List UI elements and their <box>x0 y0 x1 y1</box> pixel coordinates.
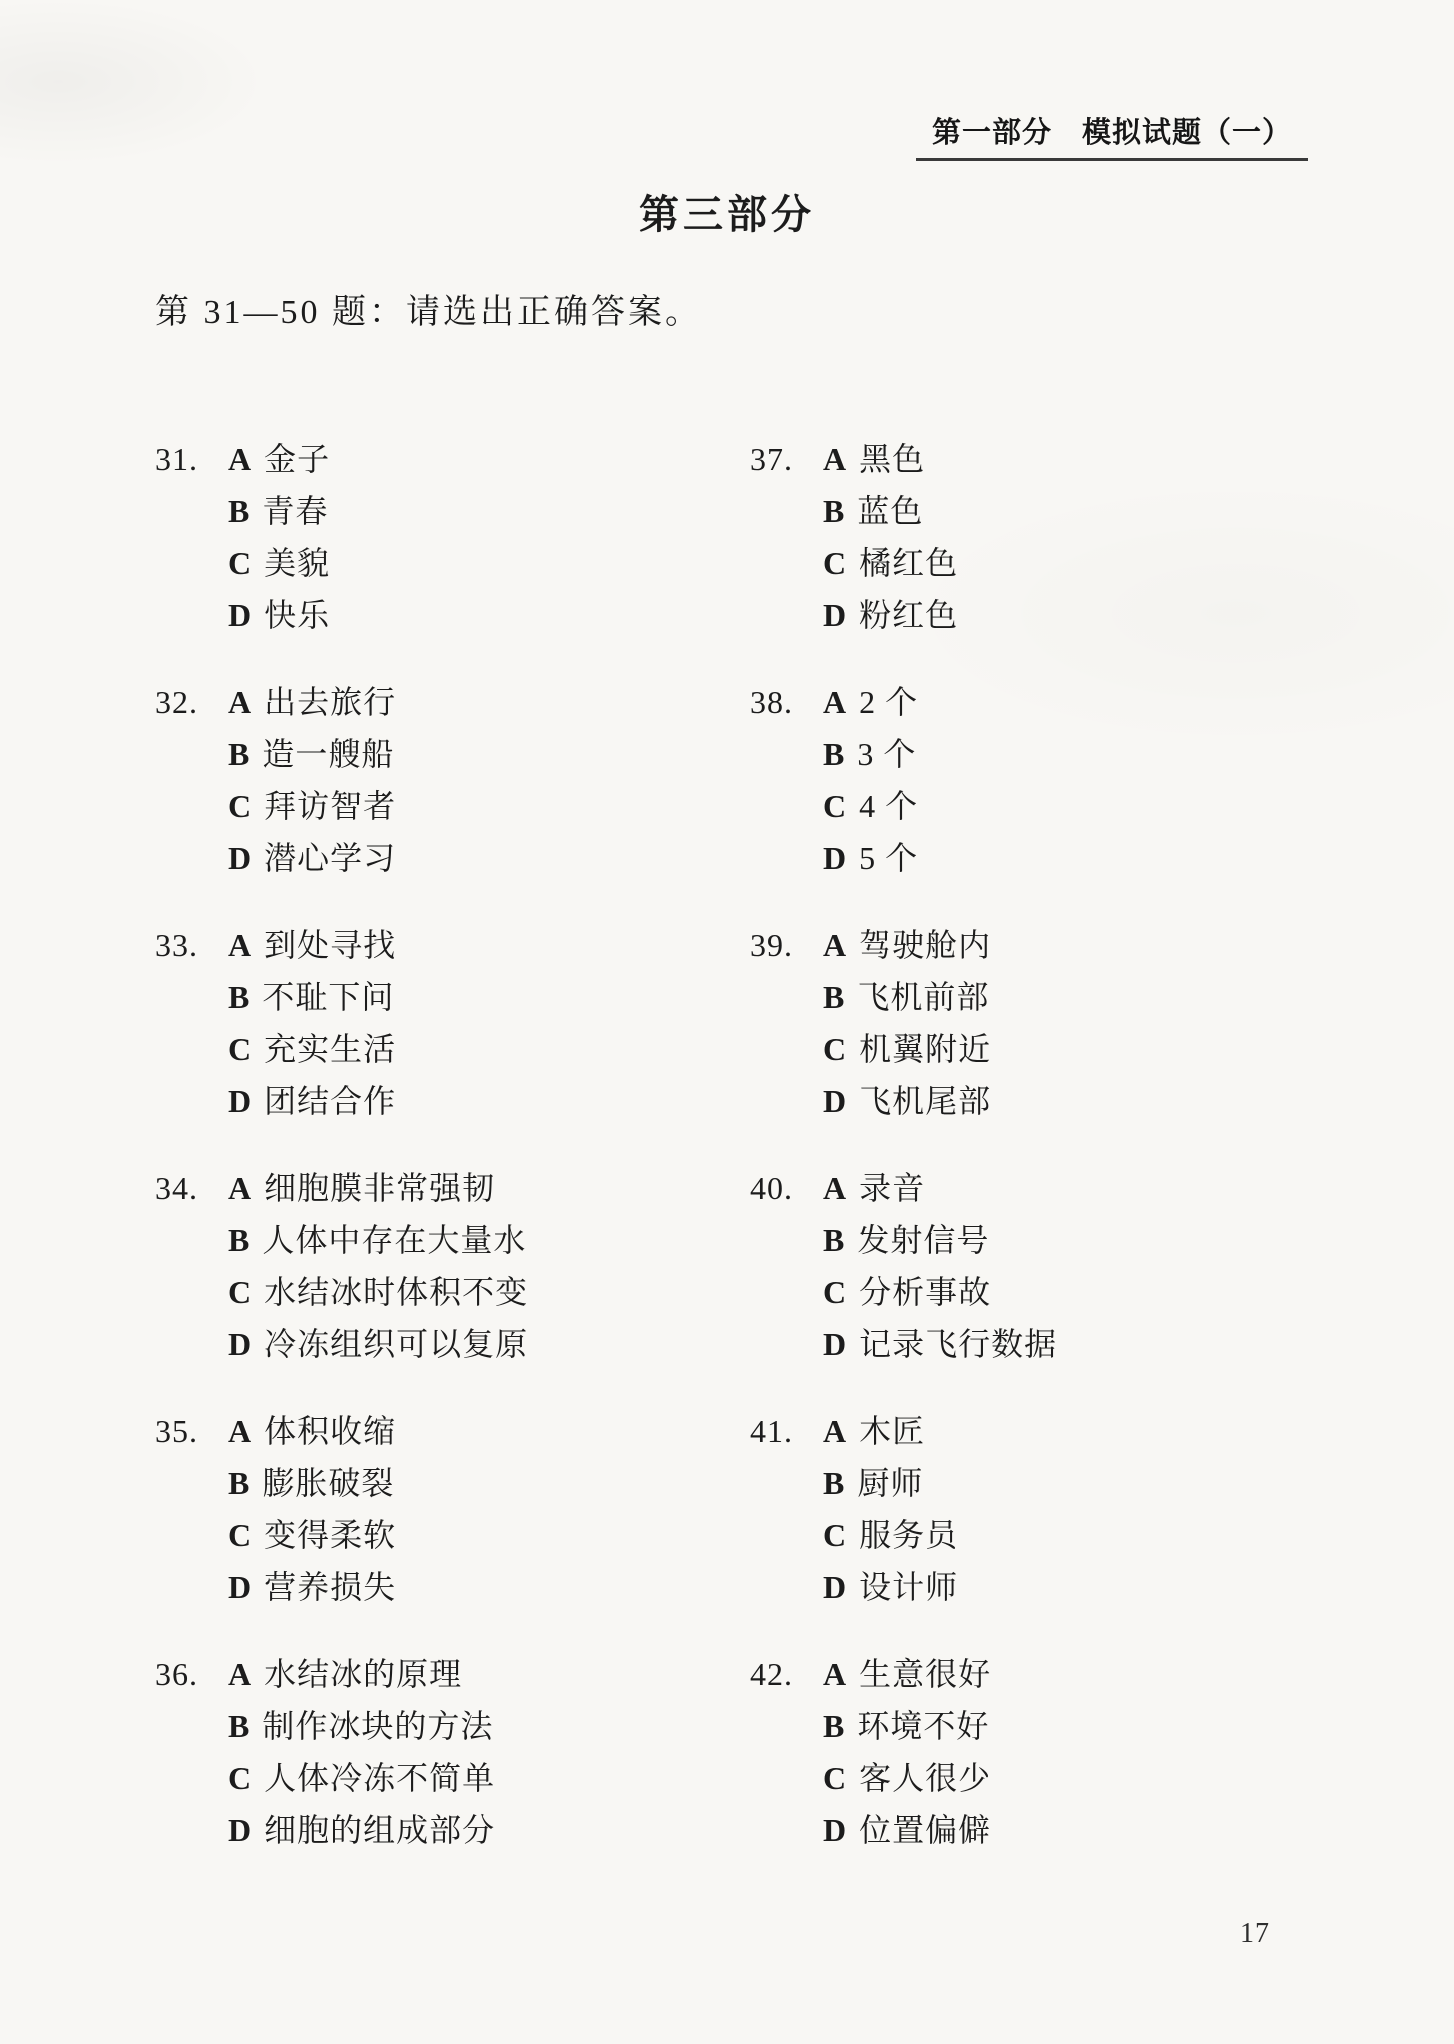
option-row: C4 个 <box>823 780 1350 832</box>
option-row: C服务员 <box>823 1509 1350 1561</box>
section-title: 第三部分 <box>0 183 1454 240</box>
options-list: A生意很好B环境不好C客人很少D位置偏僻 <box>823 1648 1350 1856</box>
option-text: 膨胀破裂 <box>262 1457 394 1509</box>
option-text: 制作冰块的方法 <box>262 1700 493 1752</box>
option-letter: C <box>823 1266 846 1318</box>
option-letter: A <box>823 919 846 971</box>
option-letter: B <box>823 485 844 537</box>
option-letter: D <box>823 832 846 884</box>
option-text: 到处寻找 <box>264 919 396 971</box>
option-text: 水结冰的原理 <box>264 1648 462 1700</box>
option-text: 环境不好 <box>857 1700 989 1752</box>
option-letter: B <box>228 485 249 537</box>
option-letter: B <box>228 1457 249 1509</box>
question-block: 42.A生意很好B环境不好C客人很少D位置偏僻 <box>750 1648 1350 1856</box>
option-letter: D <box>823 1318 846 1370</box>
option-row: D粉红色 <box>823 589 1350 641</box>
exam-page: 第一部分 模拟试题（一） 第三部分 第 31—50 题：请选出正确答案。 31.… <box>0 0 1454 2044</box>
option-letter: D <box>228 1318 251 1370</box>
question-block: 34.A细胞膜非常强韧B人体中存在大量水C水结冰时体积不变D冷冻组织可以复原 <box>155 1162 755 1370</box>
option-letter: B <box>823 1214 844 1266</box>
option-row: B飞机前部 <box>823 971 1350 1023</box>
question-number: 33. <box>155 919 228 971</box>
option-row: A木匠 <box>823 1405 1350 1457</box>
option-row: D位置偏僻 <box>823 1804 1350 1856</box>
option-letter: A <box>228 919 251 971</box>
option-letter: C <box>823 780 846 832</box>
option-letter: D <box>823 589 846 641</box>
option-text: 水结冰时体积不变 <box>264 1266 528 1318</box>
question-block: 39.A驾驶舱内B飞机前部C机翼附近D飞机尾部 <box>750 919 1350 1127</box>
option-letter: D <box>228 1804 251 1856</box>
option-row: C机翼附近 <box>823 1023 1350 1075</box>
option-letter: C <box>228 780 251 832</box>
option-letter: A <box>228 1162 251 1214</box>
option-text: 人体冷冻不简单 <box>264 1752 495 1804</box>
question-number: 39. <box>750 919 823 971</box>
option-row: B蓝色 <box>823 485 1350 537</box>
option-letter: A <box>823 676 846 728</box>
option-text: 客人很少 <box>859 1752 991 1804</box>
option-text: 人体中存在大量水 <box>262 1214 526 1266</box>
option-letter: C <box>228 1509 251 1561</box>
option-row: C美貌 <box>228 537 755 589</box>
option-letter: C <box>823 1023 846 1075</box>
option-text: 出去旅行 <box>264 676 396 728</box>
option-text: 3 个 <box>857 728 916 780</box>
option-text: 潜心学习 <box>264 832 396 884</box>
question-number: 31. <box>155 433 228 485</box>
options-list: A黑色B蓝色C橘红色D粉红色 <box>823 433 1350 641</box>
option-letter: D <box>823 1804 846 1856</box>
option-row: A出去旅行 <box>228 676 755 728</box>
option-row: A驾驶舱内 <box>823 919 1350 971</box>
option-text: 造一艘船 <box>262 728 394 780</box>
question-number: 34. <box>155 1162 228 1214</box>
option-letter: B <box>228 1214 249 1266</box>
option-row: B制作冰块的方法 <box>228 1700 755 1752</box>
option-row: A2 个 <box>823 676 1350 728</box>
option-row: C拜访智者 <box>228 780 755 832</box>
question-block: 38.A2 个B3 个C4 个D5 个 <box>750 676 1350 884</box>
option-row: A生意很好 <box>823 1648 1350 1700</box>
option-text: 充实生活 <box>264 1023 396 1075</box>
option-letter: A <box>228 433 251 485</box>
options-list: A驾驶舱内B飞机前部C机翼附近D飞机尾部 <box>823 919 1350 1127</box>
option-letter: C <box>228 1023 251 1075</box>
option-row: B3 个 <box>823 728 1350 780</box>
option-text: 机翼附近 <box>859 1023 991 1075</box>
option-text: 5 个 <box>859 832 918 884</box>
option-row: A黑色 <box>823 433 1350 485</box>
option-row: A到处寻找 <box>228 919 755 971</box>
option-text: 不耻下问 <box>262 971 394 1023</box>
question-number: 41. <box>750 1405 823 1457</box>
option-row: C橘红色 <box>823 537 1350 589</box>
option-letter: A <box>228 1648 251 1700</box>
question-number: 38. <box>750 676 823 728</box>
option-text: 设计师 <box>859 1561 958 1613</box>
option-letter: C <box>228 537 251 589</box>
option-row: A体积收缩 <box>228 1405 755 1457</box>
question-number: 42. <box>750 1648 823 1700</box>
option-row: D潜心学习 <box>228 832 755 884</box>
option-row: C变得柔软 <box>228 1509 755 1561</box>
option-row: D5 个 <box>823 832 1350 884</box>
option-row: A水结冰的原理 <box>228 1648 755 1700</box>
option-row: D飞机尾部 <box>823 1075 1350 1127</box>
option-text: 位置偏僻 <box>859 1804 991 1856</box>
option-letter: D <box>228 1075 251 1127</box>
option-row: A金子 <box>228 433 755 485</box>
option-row: C分析事故 <box>823 1266 1350 1318</box>
options-list: A2 个B3 个C4 个D5 个 <box>823 676 1350 884</box>
options-list: A录音B发射信号C分析事故D记录飞行数据 <box>823 1162 1350 1370</box>
option-row: B青春 <box>228 485 755 537</box>
option-letter: A <box>823 433 846 485</box>
option-row: D记录飞行数据 <box>823 1318 1350 1370</box>
option-text: 营养损失 <box>264 1561 396 1613</box>
questions-column-right: 37.A黑色B蓝色C橘红色D粉红色38.A2 个B3 个C4 个D5 个39.A… <box>750 433 1350 1891</box>
option-row: A细胞膜非常强韧 <box>228 1162 755 1214</box>
option-text: 4 个 <box>859 780 918 832</box>
option-row: D设计师 <box>823 1561 1350 1613</box>
question-block: 41.A木匠B厨师C服务员D设计师 <box>750 1405 1350 1613</box>
option-text: 拜访智者 <box>264 780 396 832</box>
question-number: 35. <box>155 1405 228 1457</box>
option-letter: A <box>823 1162 846 1214</box>
option-letter: C <box>823 1509 846 1561</box>
question-number: 40. <box>750 1162 823 1214</box>
option-text: 发射信号 <box>857 1214 989 1266</box>
option-text: 细胞膜非常强韧 <box>264 1162 495 1214</box>
option-row: D营养损失 <box>228 1561 755 1613</box>
option-letter: C <box>228 1266 251 1318</box>
option-text: 青春 <box>262 485 328 537</box>
option-text: 金子 <box>264 433 330 485</box>
option-letter: B <box>823 728 844 780</box>
option-text: 蓝色 <box>857 485 923 537</box>
option-text: 团结合作 <box>264 1075 396 1127</box>
option-row: D细胞的组成部分 <box>228 1804 755 1856</box>
questions-column-left: 31.A金子B青春C美貌D快乐32.A出去旅行B造一艘船C拜访智者D潜心学习33… <box>155 433 755 1891</box>
option-text: 记录飞行数据 <box>859 1318 1057 1370</box>
option-text: 生意很好 <box>859 1648 991 1700</box>
option-text: 快乐 <box>264 589 330 641</box>
option-letter: B <box>823 1700 844 1752</box>
option-row: B环境不好 <box>823 1700 1350 1752</box>
option-row: D冷冻组织可以复原 <box>228 1318 755 1370</box>
option-text: 分析事故 <box>859 1266 991 1318</box>
option-text: 2 个 <box>859 676 918 728</box>
options-list: A细胞膜非常强韧B人体中存在大量水C水结冰时体积不变D冷冻组织可以复原 <box>228 1162 755 1370</box>
option-letter: D <box>228 589 251 641</box>
option-text: 粉红色 <box>859 589 958 641</box>
option-row: C充实生活 <box>228 1023 755 1075</box>
option-letter: A <box>228 676 251 728</box>
option-letter: A <box>228 1405 251 1457</box>
option-row: C水结冰时体积不变 <box>228 1266 755 1318</box>
question-block: 37.A黑色B蓝色C橘红色D粉红色 <box>750 433 1350 641</box>
option-letter: D <box>228 1561 251 1613</box>
option-text: 驾驶舱内 <box>859 919 991 971</box>
option-row: C人体冷冻不简单 <box>228 1752 755 1804</box>
option-text: 飞机尾部 <box>859 1075 991 1127</box>
option-letter: B <box>823 971 844 1023</box>
option-row: B膨胀破裂 <box>228 1457 755 1509</box>
option-letter: C <box>823 1752 846 1804</box>
option-text: 细胞的组成部分 <box>264 1804 495 1856</box>
option-text: 变得柔软 <box>264 1509 396 1561</box>
question-block: 32.A出去旅行B造一艘船C拜访智者D潜心学习 <box>155 676 755 884</box>
options-list: A体积收缩B膨胀破裂C变得柔软D营养损失 <box>228 1405 755 1613</box>
question-number: 32. <box>155 676 228 728</box>
options-list: A水结冰的原理B制作冰块的方法C人体冷冻不简单D细胞的组成部分 <box>228 1648 755 1856</box>
question-block: 35.A体积收缩B膨胀破裂C变得柔软D营养损失 <box>155 1405 755 1613</box>
option-text: 体积收缩 <box>264 1405 396 1457</box>
question-block: 33.A到处寻找B不耻下问C充实生活D团结合作 <box>155 919 755 1127</box>
option-text: 录音 <box>859 1162 925 1214</box>
option-row: B厨师 <box>823 1457 1350 1509</box>
option-text: 冷冻组织可以复原 <box>264 1318 528 1370</box>
option-row: B造一艘船 <box>228 728 755 780</box>
option-row: B人体中存在大量水 <box>228 1214 755 1266</box>
option-text: 黑色 <box>859 433 925 485</box>
options-list: A金子B青春C美貌D快乐 <box>228 433 755 641</box>
option-letter: B <box>823 1457 844 1509</box>
question-block: 31.A金子B青春C美貌D快乐 <box>155 433 755 641</box>
option-letter: D <box>823 1075 846 1127</box>
option-row: D团结合作 <box>228 1075 755 1127</box>
option-letter: C <box>823 537 846 589</box>
running-head: 第一部分 模拟试题（一） <box>916 110 1308 161</box>
option-letter: B <box>228 728 249 780</box>
options-list: A到处寻找B不耻下问C充实生活D团结合作 <box>228 919 755 1127</box>
option-row: A录音 <box>823 1162 1350 1214</box>
option-row: C客人很少 <box>823 1752 1350 1804</box>
option-row: B不耻下问 <box>228 971 755 1023</box>
option-letter: A <box>823 1405 846 1457</box>
question-block: 40.A录音B发射信号C分析事故D记录飞行数据 <box>750 1162 1350 1370</box>
page-number: 17 <box>1240 1918 1270 1950</box>
option-text: 橘红色 <box>859 537 958 589</box>
options-list: A木匠B厨师C服务员D设计师 <box>823 1405 1350 1613</box>
question-block: 36.A水结冰的原理B制作冰块的方法C人体冷冻不简单D细胞的组成部分 <box>155 1648 755 1856</box>
option-text: 木匠 <box>859 1405 925 1457</box>
option-text: 厨师 <box>857 1457 923 1509</box>
question-number: 36. <box>155 1648 228 1700</box>
option-text: 美貌 <box>264 537 330 589</box>
option-text: 服务员 <box>859 1509 958 1561</box>
option-letter: A <box>823 1648 846 1700</box>
option-row: B发射信号 <box>823 1214 1350 1266</box>
options-list: A出去旅行B造一艘船C拜访智者D潜心学习 <box>228 676 755 884</box>
option-letter: B <box>228 971 249 1023</box>
running-head-text: 第一部分 模拟试题（一） <box>932 117 1292 149</box>
option-letter: D <box>228 832 251 884</box>
instruction-line: 第 31—50 题：请选出正确答案。 <box>155 284 702 333</box>
option-letter: B <box>228 1700 249 1752</box>
option-row: D快乐 <box>228 589 755 641</box>
option-text: 飞机前部 <box>857 971 989 1023</box>
question-number: 37. <box>750 433 823 485</box>
option-letter: D <box>823 1561 846 1613</box>
option-letter: C <box>228 1752 251 1804</box>
